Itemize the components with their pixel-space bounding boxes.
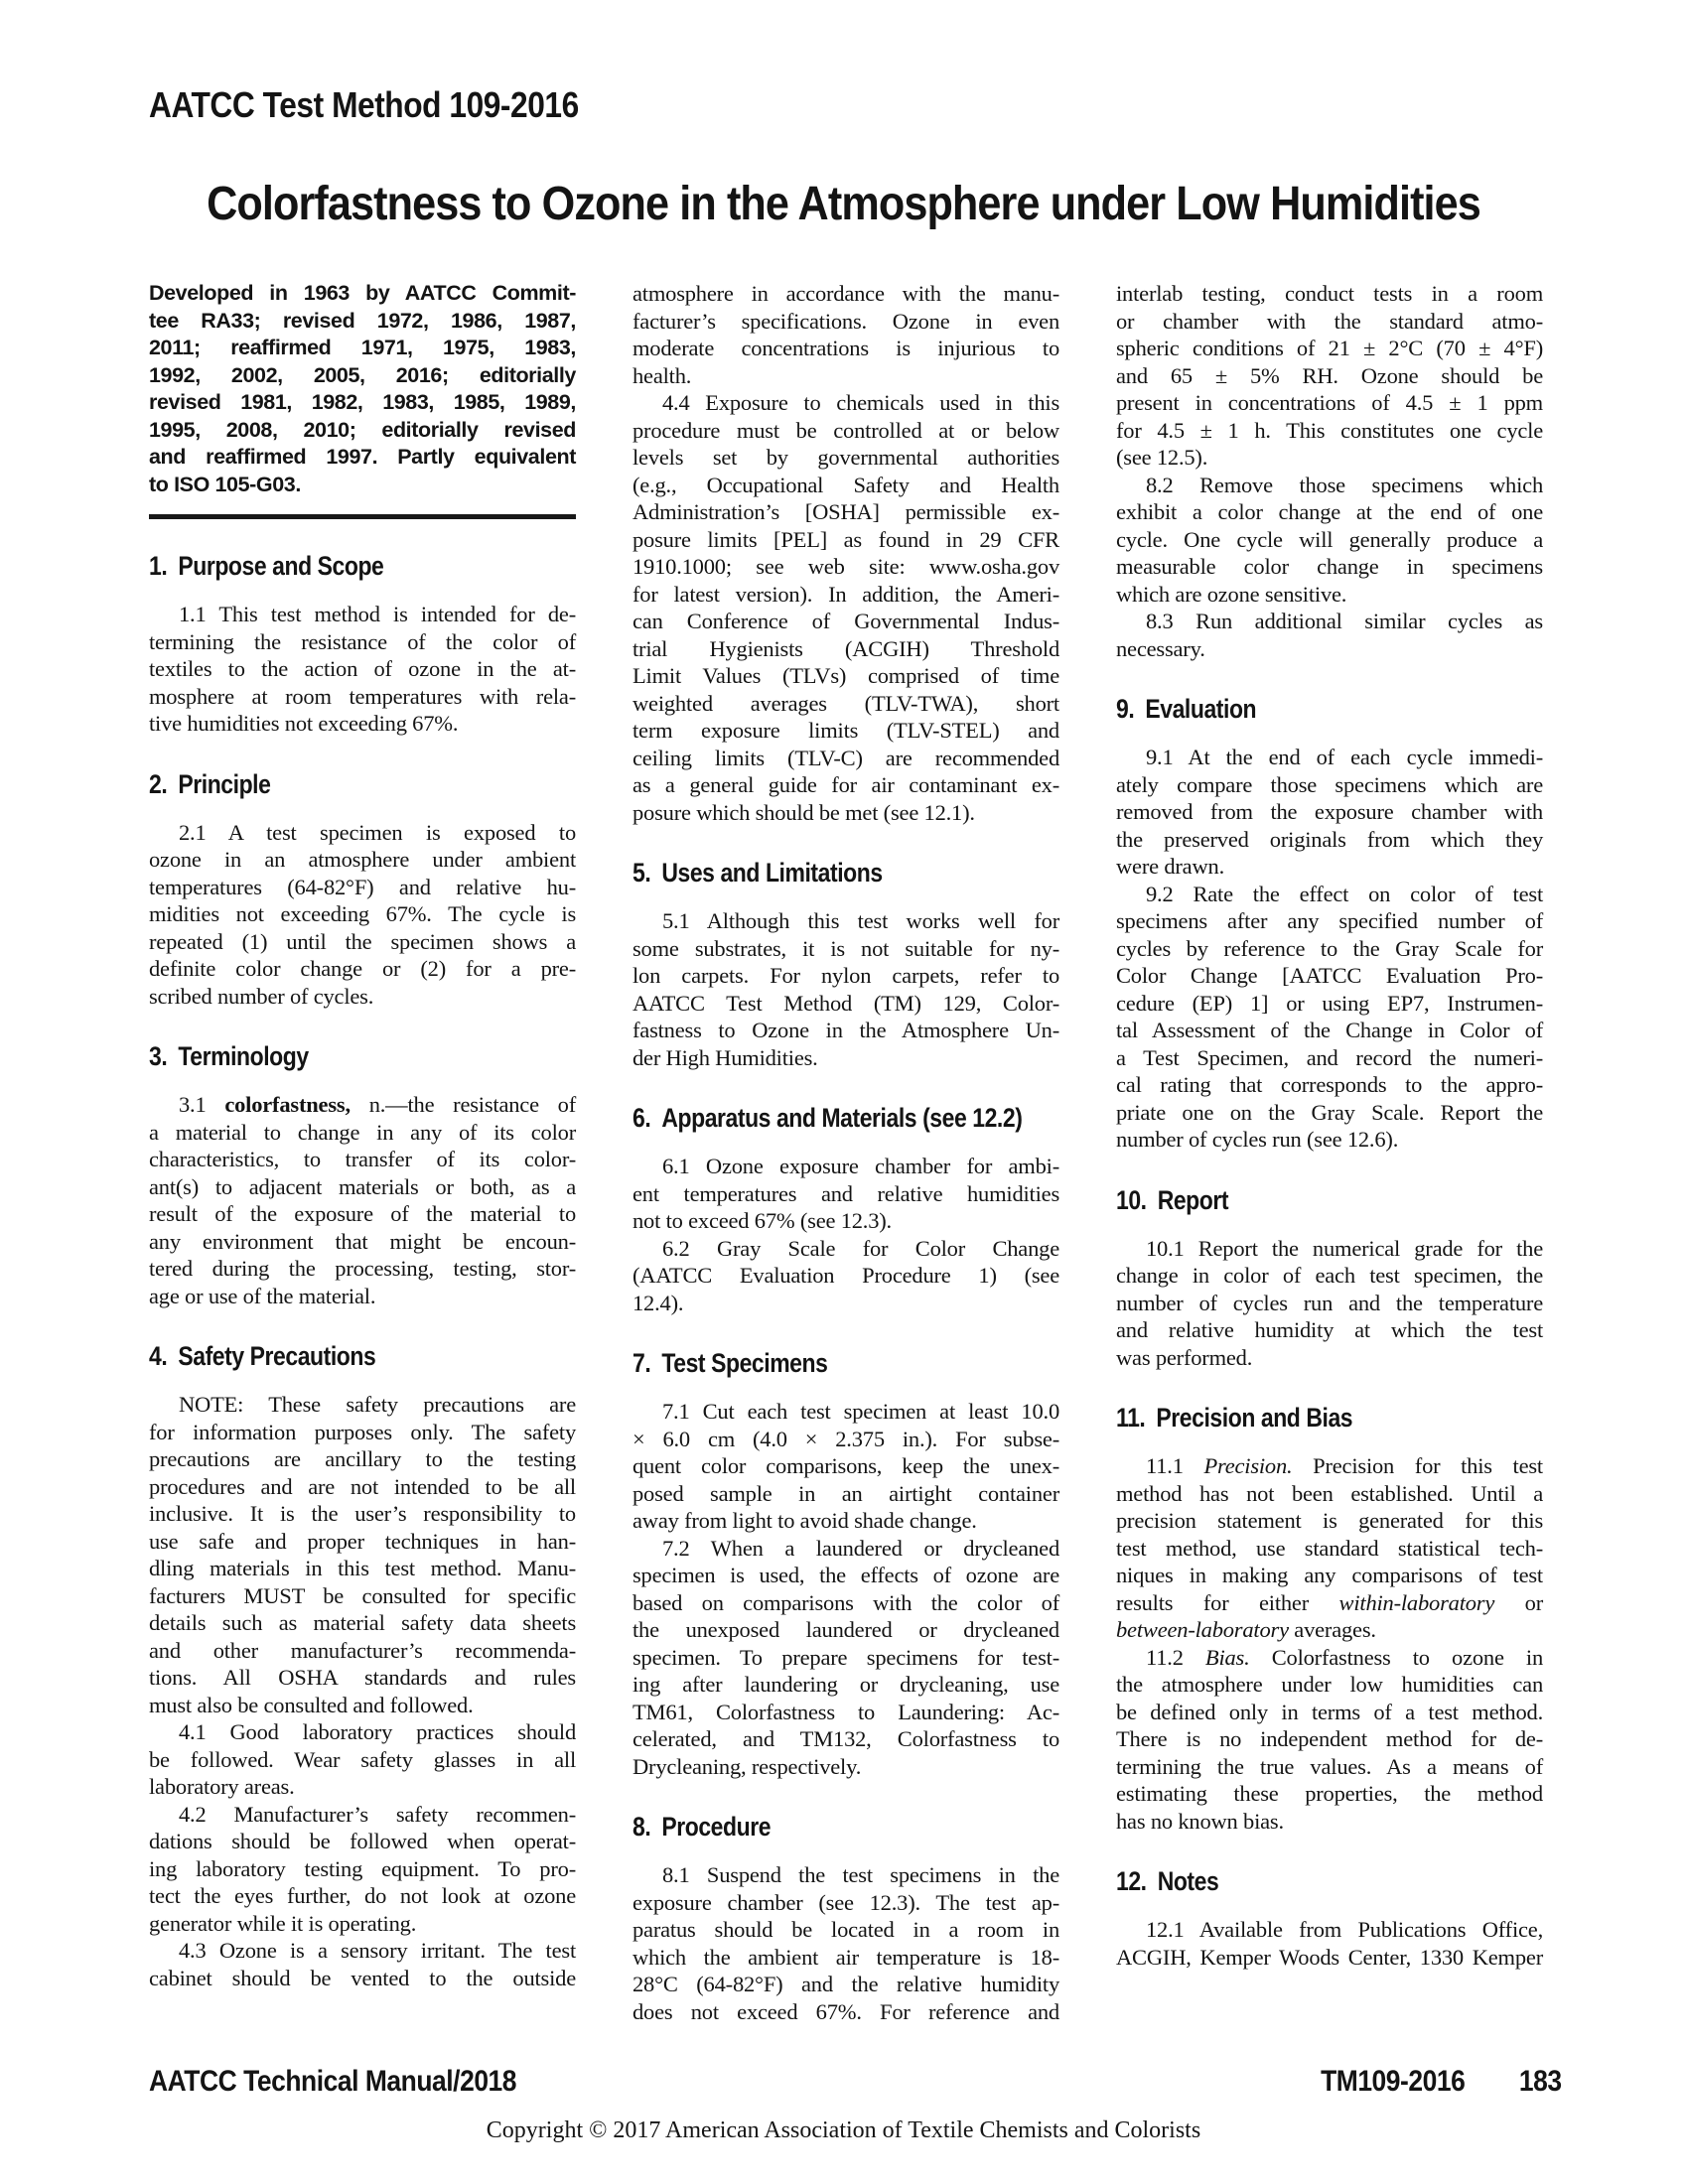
text-line: present in concentrations of 4.5 ± 1 ppm: [1116, 389, 1543, 417]
text-line: away from light to avoid shade change.: [633, 1507, 1059, 1535]
text-line: ozone in an atmosphere under ambient: [149, 846, 576, 874]
text-line: details such as material safety data she…: [149, 1609, 576, 1637]
italic-term: Precision.: [1203, 1453, 1292, 1478]
text-line: and other manufacturer’s recommenda-: [149, 1637, 576, 1665]
text-line: and relative humidity at which the test: [1116, 1316, 1543, 1344]
text-line: and reaffirmed 1997. Partly equivalent: [149, 444, 576, 472]
text-line: or chamber with the standard atmo-: [1116, 308, 1543, 336]
text-line: ing after laundering or drycleaning, use: [633, 1671, 1059, 1699]
text-line: moderate concentrations is injurious to: [633, 335, 1059, 362]
section-number: 9.: [1116, 694, 1134, 724]
text-line: tions. All OSHA standards and rules: [149, 1664, 576, 1692]
text-line: a Test Specimen, and record the numeri-: [1116, 1044, 1543, 1072]
paragraph: 3.1 colorfastness, n.—the resistance ofa…: [149, 1091, 576, 1309]
text-line: paratus should be located in a room in: [633, 1916, 1059, 1944]
text-line: results for either within-laboratory or: [1116, 1589, 1543, 1617]
text-line: for 4.5 ± 1 h. This constitutes one cycl…: [1116, 417, 1543, 445]
section-title: Uses and Limitations: [661, 858, 882, 887]
text-line: 8.1 Suspend the test specimens in the: [633, 1861, 1059, 1889]
text-line: which are ozone sensitive.: [1116, 581, 1543, 609]
text-line: midities not exceeding 67%. The cycle is: [149, 900, 576, 928]
text-line: which the ambient air temperature is 18-: [633, 1944, 1059, 1972]
text-line: specimens after any specified number of: [1116, 907, 1543, 935]
text-line: revised 1981, 1982, 1983, 1985, 1989,: [149, 389, 576, 417]
text-line: 6.1 Ozone exposure chamber for ambi-: [633, 1153, 1059, 1180]
document-header: AATCC Test Method 109-2016: [149, 85, 579, 125]
italic-term: Bias.: [1205, 1645, 1250, 1670]
section-heading: 6.Apparatus and Materials (see 12.2): [633, 1103, 996, 1133]
text-line: posed sample in an airtight container: [633, 1480, 1059, 1508]
text-line: cabinet should be vented to the outside: [149, 1965, 576, 1992]
text-run: 3.1: [179, 1092, 224, 1117]
section-heading: 11.Precision and Bias: [1116, 1403, 1479, 1433]
paragraph: 7.2 When a laundered or drycleanedspecim…: [633, 1535, 1059, 1781]
text-line: (e.g., Occupational Safety and Health: [633, 472, 1059, 499]
text-line: 10.1 Report the numerical grade for the: [1116, 1235, 1543, 1263]
paragraph: 6.2 Gray Scale for Color Change(AATCC Ev…: [633, 1235, 1059, 1317]
paragraph: 4.2 Manufacturer’s safety recommen-datio…: [149, 1801, 576, 1938]
text-line: based on comparisons with the color of: [633, 1589, 1059, 1617]
text-line: dations should be followed when operat-: [149, 1828, 576, 1855]
text-line: Color Change [AATCC Evaluation Pro-: [1116, 962, 1543, 990]
section-number: 12.: [1116, 1866, 1147, 1896]
text-line: trial Hygienists (ACGIH) Threshold: [633, 635, 1059, 663]
text-line: be defined only in terms of a test metho…: [1116, 1699, 1543, 1726]
text-line: 6.2 Gray Scale for Color Change: [633, 1235, 1059, 1263]
paragraph: NOTE: These safety precautions arefor in…: [149, 1391, 576, 1718]
copyright-line: Copyright © 2017 American Association of…: [0, 2116, 1687, 2145]
paragraph: 9.1 At the end of each cycle immedi-atel…: [1116, 744, 1543, 881]
text-line: NOTE: These safety precautions are: [149, 1391, 576, 1419]
text-line: textiles to the action of ozone in the a…: [149, 655, 576, 683]
paragraph: 8.2 Remove those specimens whichexhibit …: [1116, 472, 1543, 609]
text-line: Developed in 1963 by AATCC Commit-: [149, 280, 576, 308]
paragraph: 4.3 Ozone is a sensory irritant. The tes…: [149, 1937, 576, 1991]
text-line: priate one on the Gray Scale. Report the: [1116, 1099, 1543, 1127]
section-title: Procedure: [661, 1812, 771, 1842]
paragraph: 12.1 Available from Publications Office,…: [1116, 1916, 1543, 1971]
text-line: removed from the exposure chamber with: [1116, 798, 1543, 826]
text-line: laboratory areas.: [149, 1773, 576, 1801]
text-line: × 6.0 cm (4.0 × 2.375 in.). For subse-: [633, 1426, 1059, 1453]
section-number: 2.: [149, 769, 167, 799]
text-line: must also be consulted and followed.: [149, 1692, 576, 1719]
text-line: for information purposes only. The safet…: [149, 1419, 576, 1446]
text-line: scribed number of cycles.: [149, 983, 576, 1011]
text-line: was performed.: [1116, 1344, 1543, 1372]
text-line: quent color comparisons, keep the unex-: [633, 1452, 1059, 1480]
text-line: ately compare those specimens which are: [1116, 771, 1543, 799]
section-number: 11.: [1116, 1403, 1145, 1433]
section-title: Test Specimens: [661, 1348, 827, 1378]
italic-term: between-laboratory: [1116, 1617, 1289, 1642]
text-line: spheric conditions of 21 ± 2°C (70 ± 4°F…: [1116, 335, 1543, 362]
text-line: facturer’s specifications. Ozone in even: [633, 308, 1059, 336]
paragraph: 2.1 A test specimen is exposed toozone i…: [149, 819, 576, 1011]
text-line: There is no independent method for de-: [1116, 1725, 1543, 1753]
text-line: generator while it is operating.: [149, 1910, 576, 1938]
text-line: weighted averages (TLV-TWA), short: [633, 690, 1059, 718]
text-line: Drycleaning, respectively.: [633, 1753, 1059, 1781]
text-line: facturers MUST be consulted for specific: [149, 1582, 576, 1610]
paragraph: 6.1 Ozone exposure chamber for ambi-ent …: [633, 1153, 1059, 1235]
section-number: 10.: [1116, 1185, 1147, 1215]
text-line: 1910.1000; see web site: www.osha.gov: [633, 553, 1059, 581]
text-line: 7.1 Cut each test specimen at least 10.0: [633, 1398, 1059, 1426]
text-line: can Conference of Governmental Indus-: [633, 608, 1059, 635]
text-line: specimen is used, the effects of ozone a…: [633, 1562, 1059, 1589]
section-heading: 8.Procedure: [633, 1812, 996, 1842]
text-line: estimating these properties, the method: [1116, 1780, 1543, 1808]
page-footer: AATCC Technical Manual/2018 TM109-2016 1…: [149, 2067, 1562, 2097]
text-line: celerated, and TM132, Colorfastness to: [633, 1725, 1059, 1753]
section-heading: 12.Notes: [1116, 1866, 1479, 1896]
text-line: specimen. To prepare specimens for test-: [633, 1644, 1059, 1672]
text-line: result of the exposure of the material t…: [149, 1200, 576, 1228]
text-line: necessary.: [1116, 635, 1543, 663]
text-line: method has not been established. Until a: [1116, 1480, 1543, 1508]
text-line: 28°C (64-82°F) and the relative humidity: [633, 1971, 1059, 1998]
text-line: ant(s) to adjacent materials or both, as…: [149, 1173, 576, 1201]
text-line: ent temperatures and relative humidities: [633, 1180, 1059, 1208]
section-number: 1.: [149, 551, 167, 581]
text-line: the unexposed laundered or drycleaned: [633, 1616, 1059, 1644]
paragraph: 5.1 Although this test works well forsom…: [633, 907, 1059, 1071]
text-line: any environment that might be encoun-: [149, 1228, 576, 1256]
paragraph: interlab testing, conduct tests in a roo…: [1116, 280, 1543, 472]
text-line: procedures and are not intended to be al…: [149, 1473, 576, 1501]
text-line: ing laboratory testing equipment. To pro…: [149, 1855, 576, 1883]
section-number: 3.: [149, 1041, 167, 1071]
text-line: 12.4).: [633, 1290, 1059, 1317]
text-line: Administration’s [OSHA] permissible ex-: [633, 498, 1059, 526]
section-heading: 9.Evaluation: [1116, 694, 1479, 724]
text-line: be followed. Wear safety glasses in all: [149, 1746, 576, 1774]
text-line: 2.1 A test specimen is exposed to: [149, 819, 576, 847]
text-line: 2011; reaffirmed 1971, 1975, 1983,: [149, 335, 576, 362]
section-title: Purpose and Scope: [178, 551, 383, 581]
paragraph: 8.1 Suspend the test specimens in theexp…: [633, 1861, 1059, 2025]
text-line: characteristics, to transfer of its colo…: [149, 1146, 576, 1173]
text-line: tal Assessment of the Change in Color of: [1116, 1017, 1543, 1044]
section-title: Evaluation: [1145, 694, 1256, 724]
paragraph: 1.1 This test method is intended for de-…: [149, 601, 576, 738]
text-line: test method, use standard statistical te…: [1116, 1535, 1543, 1563]
footer-manual-label: AATCC Technical Manual/2018: [149, 2067, 516, 2097]
section-title: Principle: [178, 769, 270, 799]
text-run: Colorfastness to ozone in: [1250, 1645, 1543, 1670]
paragraph: 8.3 Run additional similar cycles asnece…: [1116, 608, 1543, 662]
text-run: n.—the resistance of: [351, 1092, 576, 1117]
text-line: atmosphere in accordance with the manu-: [633, 280, 1059, 308]
text-line: 11.1 Precision. Precision for this test: [1116, 1452, 1543, 1480]
text-line: AATCC Test Method (TM) 129, Color-: [633, 990, 1059, 1018]
text-line: tered during the processing, testing, st…: [149, 1255, 576, 1283]
text-line: 9.2 Rate the effect on color of test: [1116, 881, 1543, 908]
text-line: levels set by governmental authorities: [633, 444, 1059, 472]
footer-right-group: TM109-2016 183: [1321, 2067, 1562, 2097]
text-line: exhibit a color change at the end of one: [1116, 498, 1543, 526]
section-number: 6.: [633, 1103, 650, 1133]
text-line: cal rating that corresponds to the appro…: [1116, 1071, 1543, 1099]
text-line: and 65 ± 5% RH. Ozone should be: [1116, 362, 1543, 390]
text-line: ceiling limits (TLV-C) are recommended: [633, 745, 1059, 772]
text-column: Developed in 1963 by AATCC Commit-tee RA…: [149, 280, 576, 1991]
section-title: Terminology: [178, 1041, 308, 1071]
text-line: precision statement is generated for thi…: [1116, 1507, 1543, 1535]
text-line: measurable color change in specimens: [1116, 553, 1543, 581]
text-line: use safe and proper techniques in han-: [149, 1528, 576, 1556]
text-line: fastness to Ozone in the Atmosphere Un-: [633, 1017, 1059, 1044]
paragraph: 11.2 Bias. Colorfastness to ozone inthe …: [1116, 1644, 1543, 1836]
section-heading: 3.Terminology: [149, 1041, 512, 1071]
paragraph: 7.1 Cut each test specimen at least 10.0…: [633, 1398, 1059, 1535]
text-line: niques in making any comparisons of test: [1116, 1562, 1543, 1589]
bold-term: colorfastness,: [224, 1092, 351, 1117]
text-line: precautions are ancillary to the testing: [149, 1445, 576, 1473]
text-line: cycles by reference to the Gray Scale fo…: [1116, 935, 1543, 963]
text-run: averages.: [1289, 1617, 1376, 1642]
text-run: Precision for this test: [1292, 1453, 1543, 1478]
section-title: Report: [1158, 1185, 1228, 1215]
text-line: as a general guide for air contaminant e…: [633, 771, 1059, 799]
text-line: not to exceed 67% (see 12.3).: [633, 1207, 1059, 1235]
text-line: were drawn.: [1116, 853, 1543, 881]
text-line: dling materials in this test method. Man…: [149, 1555, 576, 1582]
text-run: 11.1: [1146, 1453, 1203, 1478]
document-page: AATCC Test Method 109-2016 Colorfastness…: [0, 0, 1687, 2184]
text-line: 8.2 Remove those specimens which: [1116, 472, 1543, 499]
text-line: 1.1 This test method is intended for de-: [149, 601, 576, 628]
section-title: Notes: [1158, 1866, 1219, 1896]
text-line: 12.1 Available from Publications Office,: [1116, 1916, 1543, 1944]
footer-method-code: TM109-2016: [1321, 2067, 1465, 2097]
text-line: number of cycles run and the temperature: [1116, 1290, 1543, 1317]
text-line: some substrates, it is not suitable for …: [633, 935, 1059, 963]
text-line: does not exceed 67%. For reference and: [633, 1998, 1059, 2026]
text-line: 11.2 Bias. Colorfastness to ozone in: [1116, 1644, 1543, 1672]
section-heading: 1.Purpose and Scope: [149, 551, 512, 581]
text-line: 8.3 Run additional similar cycles as: [1116, 608, 1543, 635]
section-number: 4.: [149, 1341, 167, 1371]
section-number: 8.: [633, 1812, 650, 1842]
text-line: cycle. One cycle will generally produce …: [1116, 526, 1543, 554]
section-heading: 10.Report: [1116, 1185, 1479, 1215]
paragraph: 9.2 Rate the effect on color of testspec…: [1116, 881, 1543, 1154]
text-line: has no known bias.: [1116, 1808, 1543, 1836]
text-line: repeated (1) until the specimen shows a: [149, 928, 576, 956]
text-line: termining the resistance of the color of: [149, 628, 576, 656]
text-line: 1995, 2008, 2010; editorially revised: [149, 417, 576, 445]
text-line: tee RA33; revised 1972, 1986, 1987,: [149, 308, 576, 336]
text-line: a material to change in any of its color: [149, 1119, 576, 1147]
text-line: number of cycles run (see 12.6).: [1116, 1126, 1543, 1154]
text-line: 7.2 When a laundered or drycleaned: [633, 1535, 1059, 1563]
paragraph: atmosphere in accordance with the manu-f…: [633, 280, 1059, 389]
paragraph: 4.4 Exposure to chemicals used in thispr…: [633, 389, 1059, 826]
text-line: exposure chamber (see 12.3). The test ap…: [633, 1889, 1059, 1917]
text-line: 4.4 Exposure to chemicals used in this: [633, 389, 1059, 417]
text-line: (see 12.5).: [1116, 444, 1543, 472]
text-line: ACGIH, Kemper Woods Center, 1330 Kemper: [1116, 1944, 1543, 1972]
text-line: for latest version). In addition, the Am…: [633, 581, 1059, 609]
paragraph: 4.1 Good laboratory practices shouldbe f…: [149, 1718, 576, 1801]
section-title: Apparatus and Materials (see 12.2): [661, 1103, 1022, 1133]
text-run: or: [1494, 1590, 1543, 1615]
text-line: to ISO 105-G03.: [149, 472, 576, 499]
divider-rule: [149, 514, 576, 519]
footer-page-number: 183: [1519, 2067, 1562, 2097]
text-run: results for either: [1116, 1590, 1339, 1615]
text-line: 1992, 2002, 2005, 2016; editorially: [149, 362, 576, 390]
text-line: age or use of the material.: [149, 1283, 576, 1310]
section-heading: 2.Principle: [149, 769, 512, 799]
text-line: 9.1 At the end of each cycle immedi-: [1116, 744, 1543, 771]
text-line: between-laboratory averages.: [1116, 1616, 1543, 1644]
text-line: posure which should be met (see 12.1).: [633, 799, 1059, 827]
text-line: der High Humidities.: [633, 1044, 1059, 1072]
section-heading: 4.Safety Precautions: [149, 1341, 512, 1371]
text-line: termining the true values. As a means of: [1116, 1753, 1543, 1781]
section-heading: 5.Uses and Limitations: [633, 858, 996, 887]
section-heading: 7.Test Specimens: [633, 1348, 996, 1378]
text-line: procedure must be controlled at or below: [633, 417, 1059, 445]
text-line: the preserved originals from which they: [1116, 826, 1543, 854]
text-line: 3.1 colorfastness, n.—the resistance of: [149, 1091, 576, 1119]
text-line: definite color change or (2) for a pre-: [149, 955, 576, 983]
paragraph: 11.1 Precision. Precision for this testm…: [1116, 1452, 1543, 1644]
text-run: 11.2: [1146, 1645, 1205, 1670]
text-line: 4.2 Manufacturer’s safety recommen-: [149, 1801, 576, 1829]
text-line: health.: [633, 362, 1059, 390]
text-line: tive humidities not exceeding 67%.: [149, 710, 576, 738]
text-line: interlab testing, conduct tests in a roo…: [1116, 280, 1543, 308]
section-number: 5.: [633, 858, 650, 887]
text-line: 4.1 Good laboratory practices should: [149, 1718, 576, 1746]
text-line: inclusive. It is the user’s responsibili…: [149, 1500, 576, 1528]
text-line: 5.1 Although this test works well for: [633, 907, 1059, 935]
text-line: 4.3 Ozone is a sensory irritant. The tes…: [149, 1937, 576, 1965]
section-title: Precision and Bias: [1156, 1403, 1352, 1433]
section-number: 7.: [633, 1348, 650, 1378]
text-line: tect the eyes further, do not look at oz…: [149, 1882, 576, 1910]
text-line: posure limits [PEL] as found in 29 CFR: [633, 526, 1059, 554]
text-line: the atmosphere under low humidities can: [1116, 1671, 1543, 1699]
page-title: Colorfastness to Ozone in the Atmosphere…: [84, 179, 1603, 231]
text-line: change in color of each test specimen, t…: [1116, 1262, 1543, 1290]
text-line: Limit Values (TLVs) comprised of time: [633, 662, 1059, 690]
italic-term: within-laboratory: [1339, 1590, 1495, 1615]
text-column: interlab testing, conduct tests in a roo…: [1116, 280, 1543, 1971]
text-column: atmosphere in accordance with the manu-f…: [633, 280, 1059, 2025]
text-line: (AATCC Evaluation Procedure 1) (see: [633, 1262, 1059, 1290]
text-line: cedure (EP) 1] or using EP7, Instrumen-: [1116, 990, 1543, 1018]
text-line: temperatures (64-82°F) and relative hu-: [149, 874, 576, 901]
paragraph: 10.1 Report the numerical grade for thec…: [1116, 1235, 1543, 1372]
text-line: term exposure limits (TLV-STEL) and: [633, 717, 1059, 745]
text-line: lon carpets. For nylon carpets, refer to: [633, 962, 1059, 990]
section-title: Safety Precautions: [178, 1341, 375, 1371]
text-line: TM61, Colorfastness to Laundering: Ac-: [633, 1699, 1059, 1726]
intro-paragraph: Developed in 1963 by AATCC Commit-tee RA…: [149, 280, 576, 498]
text-line: mosphere at room temperatures with rela-: [149, 683, 576, 711]
